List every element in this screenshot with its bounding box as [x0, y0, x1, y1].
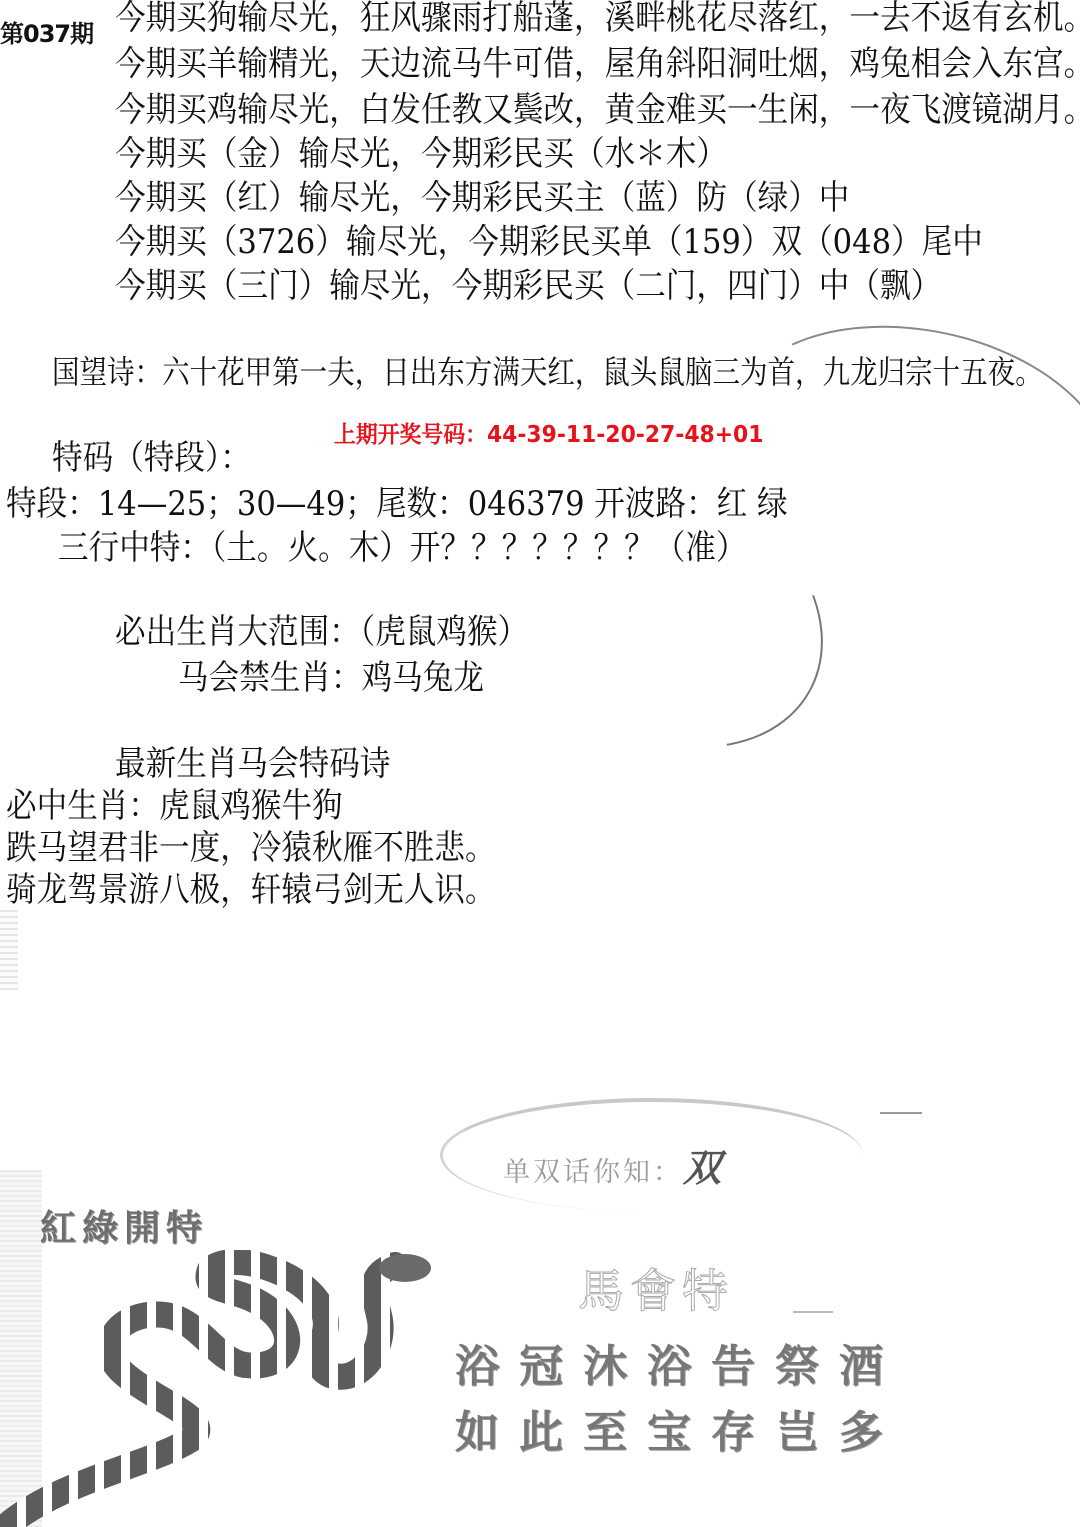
issue-label: 第037期: [0, 14, 93, 49]
three-elements: 三行中特：（土。火。木）开？？？？？？？（准）: [58, 526, 747, 570]
last-draw-label: 上期开奖号码：: [334, 422, 487, 448]
odd-even-value: 双: [683, 1146, 717, 1190]
bottom-line-2: 如此至宝存岂多: [455, 1396, 903, 1460]
latest-poem-verse-1: 跌马望君非一度，冷猿秋雁不胜悲。: [6, 826, 496, 870]
poem-line-2: 今期买羊输精光，天边流马牛可借，屋角斜阳洞吐烟，鸡兔相会入东宫。: [115, 42, 1080, 86]
must-hit-zodiac: 必中生肖：虎鼠鸡猴牛狗: [6, 784, 343, 828]
poem-line-7: 今期买（三门）输尽光，今期彩民买（二门，四门）中（飘）: [115, 264, 941, 308]
must-range-zodiac: 必出生肖大范围：（虎鼠鸡猴）: [115, 610, 528, 654]
poem-line-6: 今期买（3726）输尽光，今期彩民买单（159）双（048）尾中: [115, 220, 983, 264]
bottom-line-1: 浴冠沐浴告祭酒: [455, 1330, 903, 1394]
red-green-title: 紅綠開特: [40, 1200, 208, 1251]
latest-poem-title: 最新生肖马会特码诗: [115, 742, 390, 786]
poem-line-3: 今期买鸡输尽光，白发任教又鬓改，黄金难买一生闲，一夜飞渡镜湖月。: [115, 88, 1080, 132]
last-draw-numbers: 44-39-11-20-27-48+01: [487, 422, 764, 448]
last-draw-result: 上期开奖号码：44-39-11-20-27-48+01: [334, 416, 763, 449]
odd-even-hint: 单双话你知：双: [503, 1137, 717, 1192]
banned-zodiac: 马会禁生肖：鸡马兔龙: [178, 656, 484, 700]
scan-artifact: [0, 910, 18, 990]
poem-line-1: 今期买狗输尽光，狂风骤雨打船蓬，溪畔桃花尽落红，一去不返有玄机。: [115, 0, 1080, 40]
special-segments: 特段：14—25；30—49；尾数：046379 开波路：红 绿: [6, 482, 788, 526]
special-heading: 特码（特段）：: [52, 436, 251, 480]
divider-dash: [880, 1112, 922, 1114]
divider-dash: [793, 1311, 833, 1313]
poem-line-4: 今期买（金）输尽光，今期彩民买（水＊木）: [115, 132, 727, 176]
odd-even-label: 单双话你知：: [503, 1157, 683, 1188]
snake-icon: [0, 1250, 450, 1527]
poem-line-5: 今期买（红）输尽光，今期彩民买主（蓝）防（绿）中: [115, 176, 849, 220]
latest-poem-verse-2: 骑龙驾景游八极，轩辕弓剑无人识。: [6, 868, 496, 912]
mahui-title: 馬會特: [578, 1255, 734, 1321]
